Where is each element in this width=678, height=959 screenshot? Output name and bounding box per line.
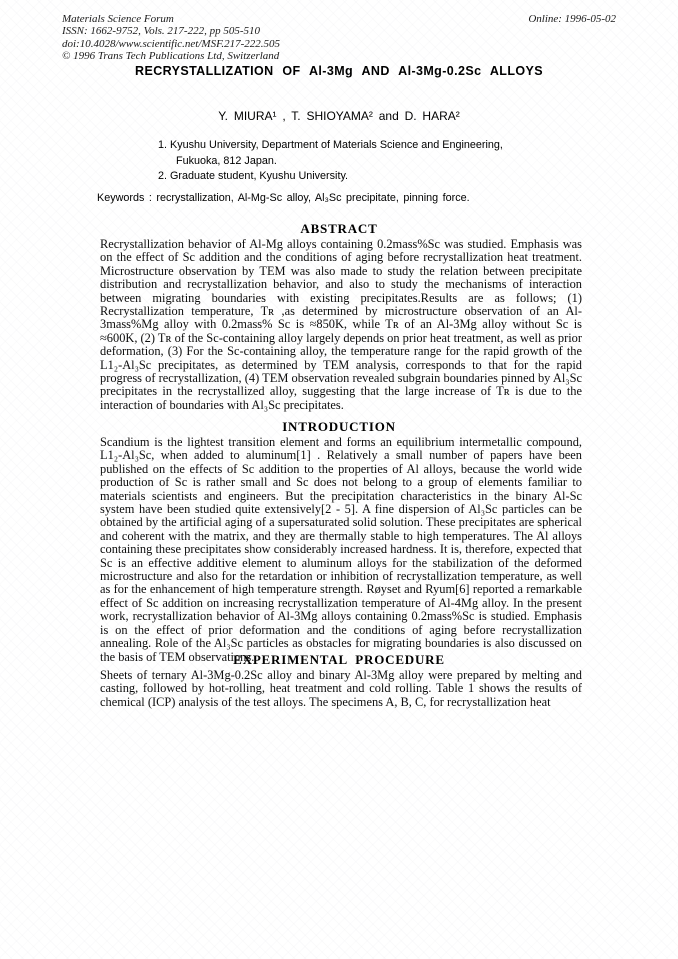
- abstract-heading: ABSTRACT: [0, 221, 678, 237]
- affiliations-block: 1. Kyushu University, Department of Mate…: [158, 138, 503, 185]
- authors-line: Y. MIURA¹ , T. SHIOYAMA² and D. HARA²: [0, 109, 678, 123]
- abstract-body: Recrystallization behavior of Al-Mg allo…: [100, 238, 582, 412]
- affiliation-line-2: Fukuoka, 812 Japan.: [158, 154, 503, 170]
- doi-line: doi:10.4028/www.scientific.net/MSF.217-2…: [62, 38, 280, 50]
- journal-name: Materials Science Forum: [62, 13, 280, 25]
- experimental-procedure-body: Sheets of ternary Al-3Mg-0.2Sc alloy and…: [100, 669, 582, 709]
- copyright-line: © 1996 Trans Tech Publications Ltd, Swit…: [62, 50, 280, 62]
- keywords-line: Keywords : recrystallization, Al-Mg-Sc a…: [97, 192, 470, 204]
- paper-title: RECRYSTALLIZATION OF Al-3Mg AND Al-3Mg-0…: [0, 64, 678, 78]
- introduction-body: Scandium is the lightest transition elem…: [100, 436, 582, 664]
- paper-page: Materials Science Forum ISSN: 1662-9752,…: [0, 0, 678, 959]
- journal-header: Materials Science Forum ISSN: 1662-9752,…: [62, 13, 280, 63]
- affiliation-line-3: 2. Graduate student, Kyushu University.: [158, 169, 503, 185]
- affiliation-line-1: 1. Kyushu University, Department of Mate…: [158, 138, 503, 154]
- online-date: Online: 1996-05-02: [528, 13, 616, 25]
- experimental-procedure-heading: EXPERIMENTAL PROCEDURE: [0, 652, 678, 668]
- introduction-heading: INTRODUCTION: [0, 419, 678, 435]
- issn-line: ISSN: 1662-9752, Vols. 217-222, pp 505-5…: [62, 25, 280, 37]
